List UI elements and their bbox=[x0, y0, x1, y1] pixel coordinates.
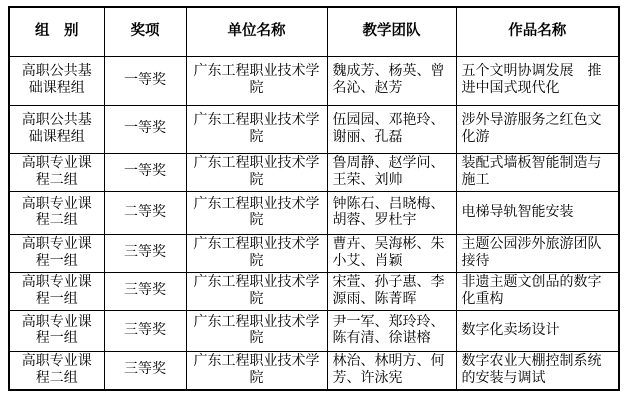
cell-award: 三等奖 bbox=[104, 352, 186, 391]
header-group: 组 别 bbox=[9, 7, 104, 57]
cell-team: 林治、林明方、何芳、许泳宪 bbox=[327, 352, 456, 391]
table-row: 高职专业课程一组 三等奖 广东工程职业技术学院 曹卉、吴海彬、朱小艾、肖颖 主题… bbox=[9, 235, 619, 273]
table-row: 高职公共基础课程组 一等奖 广东工程职业技术学院 魏成芳、杨英、曾名沁、赵芳 五… bbox=[9, 57, 619, 106]
cell-award: 一等奖 bbox=[104, 154, 186, 192]
awards-table: 组 别 奖项 单位名称 教学团队 作品名称 高职公共基础课程组 一等奖 广东工程… bbox=[8, 6, 620, 391]
table-row: 高职专业课程二组 二等奖 广东工程职业技术学院 钟陈石、吕晓梅、胡蓉、罗杜宇 电… bbox=[9, 192, 619, 235]
header-work: 作品名称 bbox=[456, 7, 619, 57]
cell-work: 数字化卖场设计 bbox=[456, 311, 619, 352]
cell-group: 高职专业课程二组 bbox=[9, 154, 104, 192]
cell-unit: 广东工程职业技术学院 bbox=[186, 273, 327, 311]
cell-unit: 广东工程职业技术学院 bbox=[186, 106, 327, 154]
table-row: 高职专业课程二组 三等奖 广东工程职业技术学院 林治、林明方、何芳、许泳宪 数字… bbox=[9, 352, 619, 391]
cell-work: 装配式墙板智能制造与施工 bbox=[456, 154, 619, 192]
cell-work: 数字农业大棚控制系统的安装与调试 bbox=[456, 352, 619, 391]
cell-unit: 广东工程职业技术学院 bbox=[186, 235, 327, 273]
cell-award: 三等奖 bbox=[104, 311, 186, 352]
header-team: 教学团队 bbox=[327, 7, 456, 57]
cell-team: 伍园园、邓艳玲、谢丽、孔磊 bbox=[327, 106, 456, 154]
cell-award: 一等奖 bbox=[104, 106, 186, 154]
cell-award: 三等奖 bbox=[104, 273, 186, 311]
cell-team: 宋萱、孙子惠、李源雨、陈菁晖 bbox=[327, 273, 456, 311]
cell-work: 五个文明协调发展 推进中国式现代化 bbox=[456, 57, 619, 106]
cell-unit: 广东工程职业技术学院 bbox=[186, 352, 327, 391]
cell-team: 钟陈石、吕晓梅、胡蓉、罗杜宇 bbox=[327, 192, 456, 235]
cell-unit: 广东工程职业技术学院 bbox=[186, 57, 327, 106]
cell-group: 高职专业课程一组 bbox=[9, 273, 104, 311]
cell-group: 高职公共基础课程组 bbox=[9, 57, 104, 106]
cell-group: 高职公共基础课程组 bbox=[9, 106, 104, 154]
cell-group: 高职专业课程一组 bbox=[9, 235, 104, 273]
cell-work: 非遗主题文创品的数字化重构 bbox=[456, 273, 619, 311]
table-row: 高职专业课程一组 三等奖 广东工程职业技术学院 尹一军、郑玲玲、陈有清、徐谌榕 … bbox=[9, 311, 619, 352]
table-row: 高职专业课程一组 三等奖 广东工程职业技术学院 宋萱、孙子惠、李源雨、陈菁晖 非… bbox=[9, 273, 619, 311]
cell-unit: 广东工程职业技术学院 bbox=[186, 311, 327, 352]
cell-group: 高职专业课程二组 bbox=[9, 352, 104, 391]
cell-work: 涉外导游服务之红色文化游 bbox=[456, 106, 619, 154]
cell-team: 魏成芳、杨英、曾名沁、赵芳 bbox=[327, 57, 456, 106]
cell-team: 鲁周静、赵学问、王荣、刘帅 bbox=[327, 154, 456, 192]
cell-work: 主题公园涉外旅游团队接待 bbox=[456, 235, 619, 273]
cell-work: 电梯导轨智能安装 bbox=[456, 192, 619, 235]
cell-award: 二等奖 bbox=[104, 192, 186, 235]
header-award: 奖项 bbox=[104, 7, 186, 57]
cell-team: 曹卉、吴海彬、朱小艾、肖颖 bbox=[327, 235, 456, 273]
cell-unit: 广东工程职业技术学院 bbox=[186, 192, 327, 235]
document-page: 组 别 奖项 单位名称 教学团队 作品名称 高职公共基础课程组 一等奖 广东工程… bbox=[0, 0, 626, 391]
cell-group: 高职专业课程一组 bbox=[9, 311, 104, 352]
cell-award: 一等奖 bbox=[104, 57, 186, 106]
cell-unit: 广东工程职业技术学院 bbox=[186, 154, 327, 192]
cell-team: 尹一军、郑玲玲、陈有清、徐谌榕 bbox=[327, 311, 456, 352]
table-row: 高职专业课程二组 一等奖 广东工程职业技术学院 鲁周静、赵学问、王荣、刘帅 装配… bbox=[9, 154, 619, 192]
header-unit: 单位名称 bbox=[186, 7, 327, 57]
table-header-row: 组 别 奖项 单位名称 教学团队 作品名称 bbox=[9, 7, 619, 57]
cell-award: 三等奖 bbox=[104, 235, 186, 273]
cell-group: 高职专业课程二组 bbox=[9, 192, 104, 235]
table-row: 高职公共基础课程组 一等奖 广东工程职业技术学院 伍园园、邓艳玲、谢丽、孔磊 涉… bbox=[9, 106, 619, 154]
